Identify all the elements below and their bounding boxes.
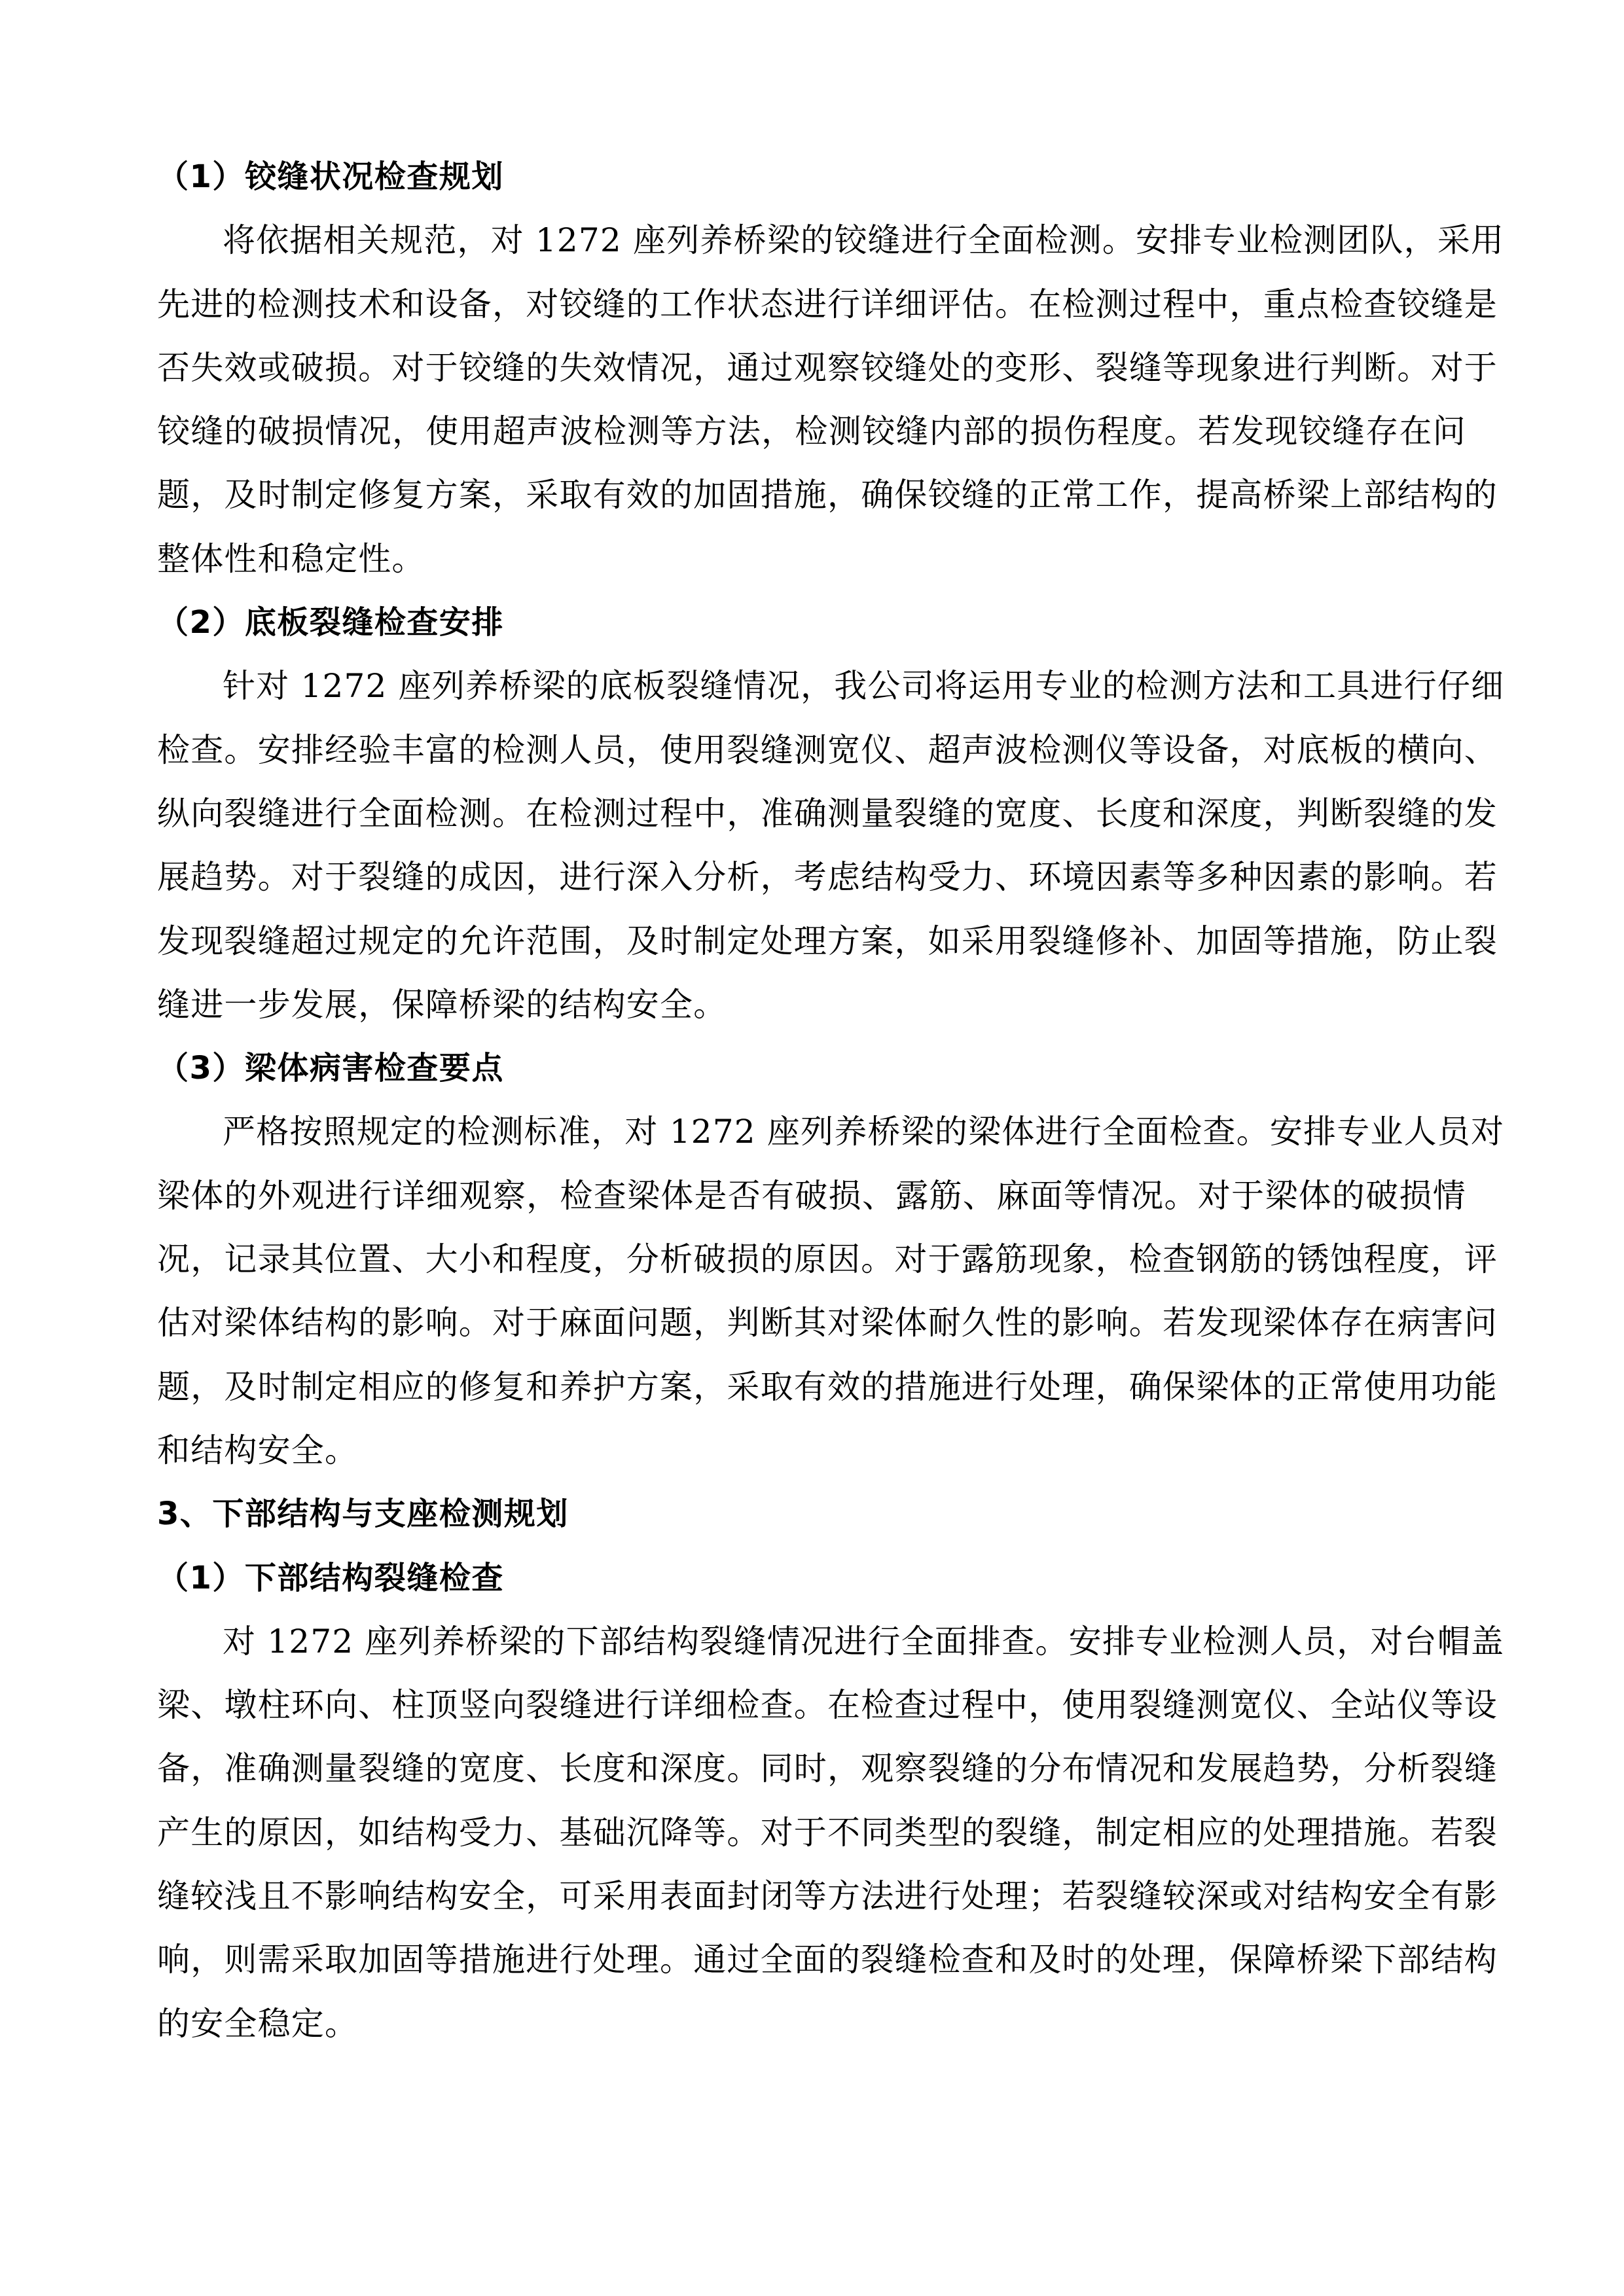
section-heading-beam-defects: （3）梁体病害检查要点 bbox=[157, 1037, 1466, 1100]
chapter-heading-substructure: 3、下部结构与支座检测规划 bbox=[157, 1482, 1466, 1546]
document-page: （1）铰缝状况检查规划 将依据相关规范，对 1272 座列养桥梁的铰缝进行全面检… bbox=[157, 145, 1466, 2056]
paragraph-line: 整体性和稳定性。 bbox=[157, 528, 1466, 591]
paragraph-line: 发现裂缝超过规定的允许范围，及时制定处理方案，如采用裂缝修补、加固等措施，防止裂 bbox=[157, 910, 1466, 973]
paragraph-line: 梁体的外观进行详细观察，检查梁体是否有破损、露筋、麻面等情况。对于梁体的破损情 bbox=[157, 1164, 1466, 1228]
paragraph-line: 题，及时制定相应的修复和养护方案，采取有效的措施进行处理，确保梁体的正常使用功能 bbox=[157, 1355, 1466, 1419]
paragraph-line: 展趋势。对于裂缝的成因，进行深入分析，考虑结构受力、环境因素等多种因素的影响。若 bbox=[157, 846, 1466, 909]
paragraph-line: 针对 1272 座列养桥梁的底板裂缝情况，我公司将运用专业的检测方法和工具进行仔… bbox=[157, 655, 1466, 718]
section-heading-bottom-slab-cracks: （2）底板裂缝检查安排 bbox=[157, 591, 1466, 655]
section-heading-hinge-joint: （1）铰缝状况检查规划 bbox=[157, 145, 1466, 209]
paragraph-line: 纵向裂缝进行全面检测。在检测过程中，准确测量裂缝的宽度、长度和深度，判断裂缝的发 bbox=[157, 782, 1466, 846]
paragraph-line: 和结构安全。 bbox=[157, 1419, 1466, 1482]
paragraph-line: 题，及时制定修复方案，采取有效的加固措施，确保铰缝的正常工作，提高桥梁上部结构的 bbox=[157, 463, 1466, 527]
paragraph-line: 将依据相关规范，对 1272 座列养桥梁的铰缝进行全面检测。安排专业检测团队，采… bbox=[157, 209, 1466, 272]
paragraph-line: 况，记录其位置、大小和程度，分析破损的原因。对于露筋现象，检查钢筋的锈蚀程度，评 bbox=[157, 1228, 1466, 1291]
paragraph-line: 对 1272 座列养桥梁的下部结构裂缝情况进行全面排查。安排专业检测人员，对台帽… bbox=[157, 1610, 1466, 1674]
paragraph-line: 否失效或破损。对于铰缝的失效情况，通过观察铰缝处的变形、裂缝等现象进行判断。对于 bbox=[157, 336, 1466, 400]
paragraph-line: 产生的原因，如结构受力、基础沉降等。对于不同类型的裂缝，制定相应的处理措施。若裂 bbox=[157, 1801, 1466, 1865]
paragraph-line: 严格按照规定的检测标准，对 1272 座列养桥梁的梁体进行全面检查。安排专业人员… bbox=[157, 1100, 1466, 1164]
paragraph-bottom-slab-cracks: 针对 1272 座列养桥梁的底板裂缝情况，我公司将运用专业的检测方法和工具进行仔… bbox=[157, 655, 1466, 1037]
paragraph-line: 缝较浅且不影响结构安全，可采用表面封闭等方法进行处理；若裂缝较深或对结构安全有影 bbox=[157, 1865, 1466, 1928]
paragraph-line: 先进的检测技术和设备，对铰缝的工作状态进行详细评估。在检测过程中，重点检查铰缝是 bbox=[157, 273, 1466, 336]
paragraph-line: 估对梁体结构的影响。对于麻面问题，判断其对梁体耐久性的影响。若发现梁体存在病害问 bbox=[157, 1291, 1466, 1355]
paragraph-line: 响，则需采取加固等措施进行处理。通过全面的裂缝检查和及时的处理，保障桥梁下部结构 bbox=[157, 1928, 1466, 1992]
paragraph-line: 铰缝的破损情况，使用超声波检测等方法，检测铰缝内部的损伤程度。若发现铰缝存在问 bbox=[157, 400, 1466, 463]
paragraph-line: 备，准确测量裂缝的宽度、长度和深度。同时，观察裂缝的分布情况和发展趋势，分析裂缝 bbox=[157, 1737, 1466, 1801]
section-heading-substructure-cracks: （1）下部结构裂缝检查 bbox=[157, 1547, 1466, 1610]
paragraph-line: 的安全稳定。 bbox=[157, 1992, 1466, 2056]
paragraph-line: 梁、墩柱环向、柱顶竖向裂缝进行详细检查。在检查过程中，使用裂缝测宽仪、全站仪等设 bbox=[157, 1674, 1466, 1737]
paragraph-line: 缝进一步发展，保障桥梁的结构安全。 bbox=[157, 973, 1466, 1037]
paragraph-line: 检查。安排经验丰富的检测人员，使用裂缝测宽仪、超声波检测仪等设备，对底板的横向、 bbox=[157, 719, 1466, 782]
paragraph-beam-defects: 严格按照规定的检测标准，对 1272 座列养桥梁的梁体进行全面检查。安排专业人员… bbox=[157, 1100, 1466, 1482]
paragraph-substructure-cracks: 对 1272 座列养桥梁的下部结构裂缝情况进行全面排查。安排专业检测人员，对台帽… bbox=[157, 1610, 1466, 2056]
paragraph-hinge-joint: 将依据相关规范，对 1272 座列养桥梁的铰缝进行全面检测。安排专业检测团队，采… bbox=[157, 209, 1466, 591]
